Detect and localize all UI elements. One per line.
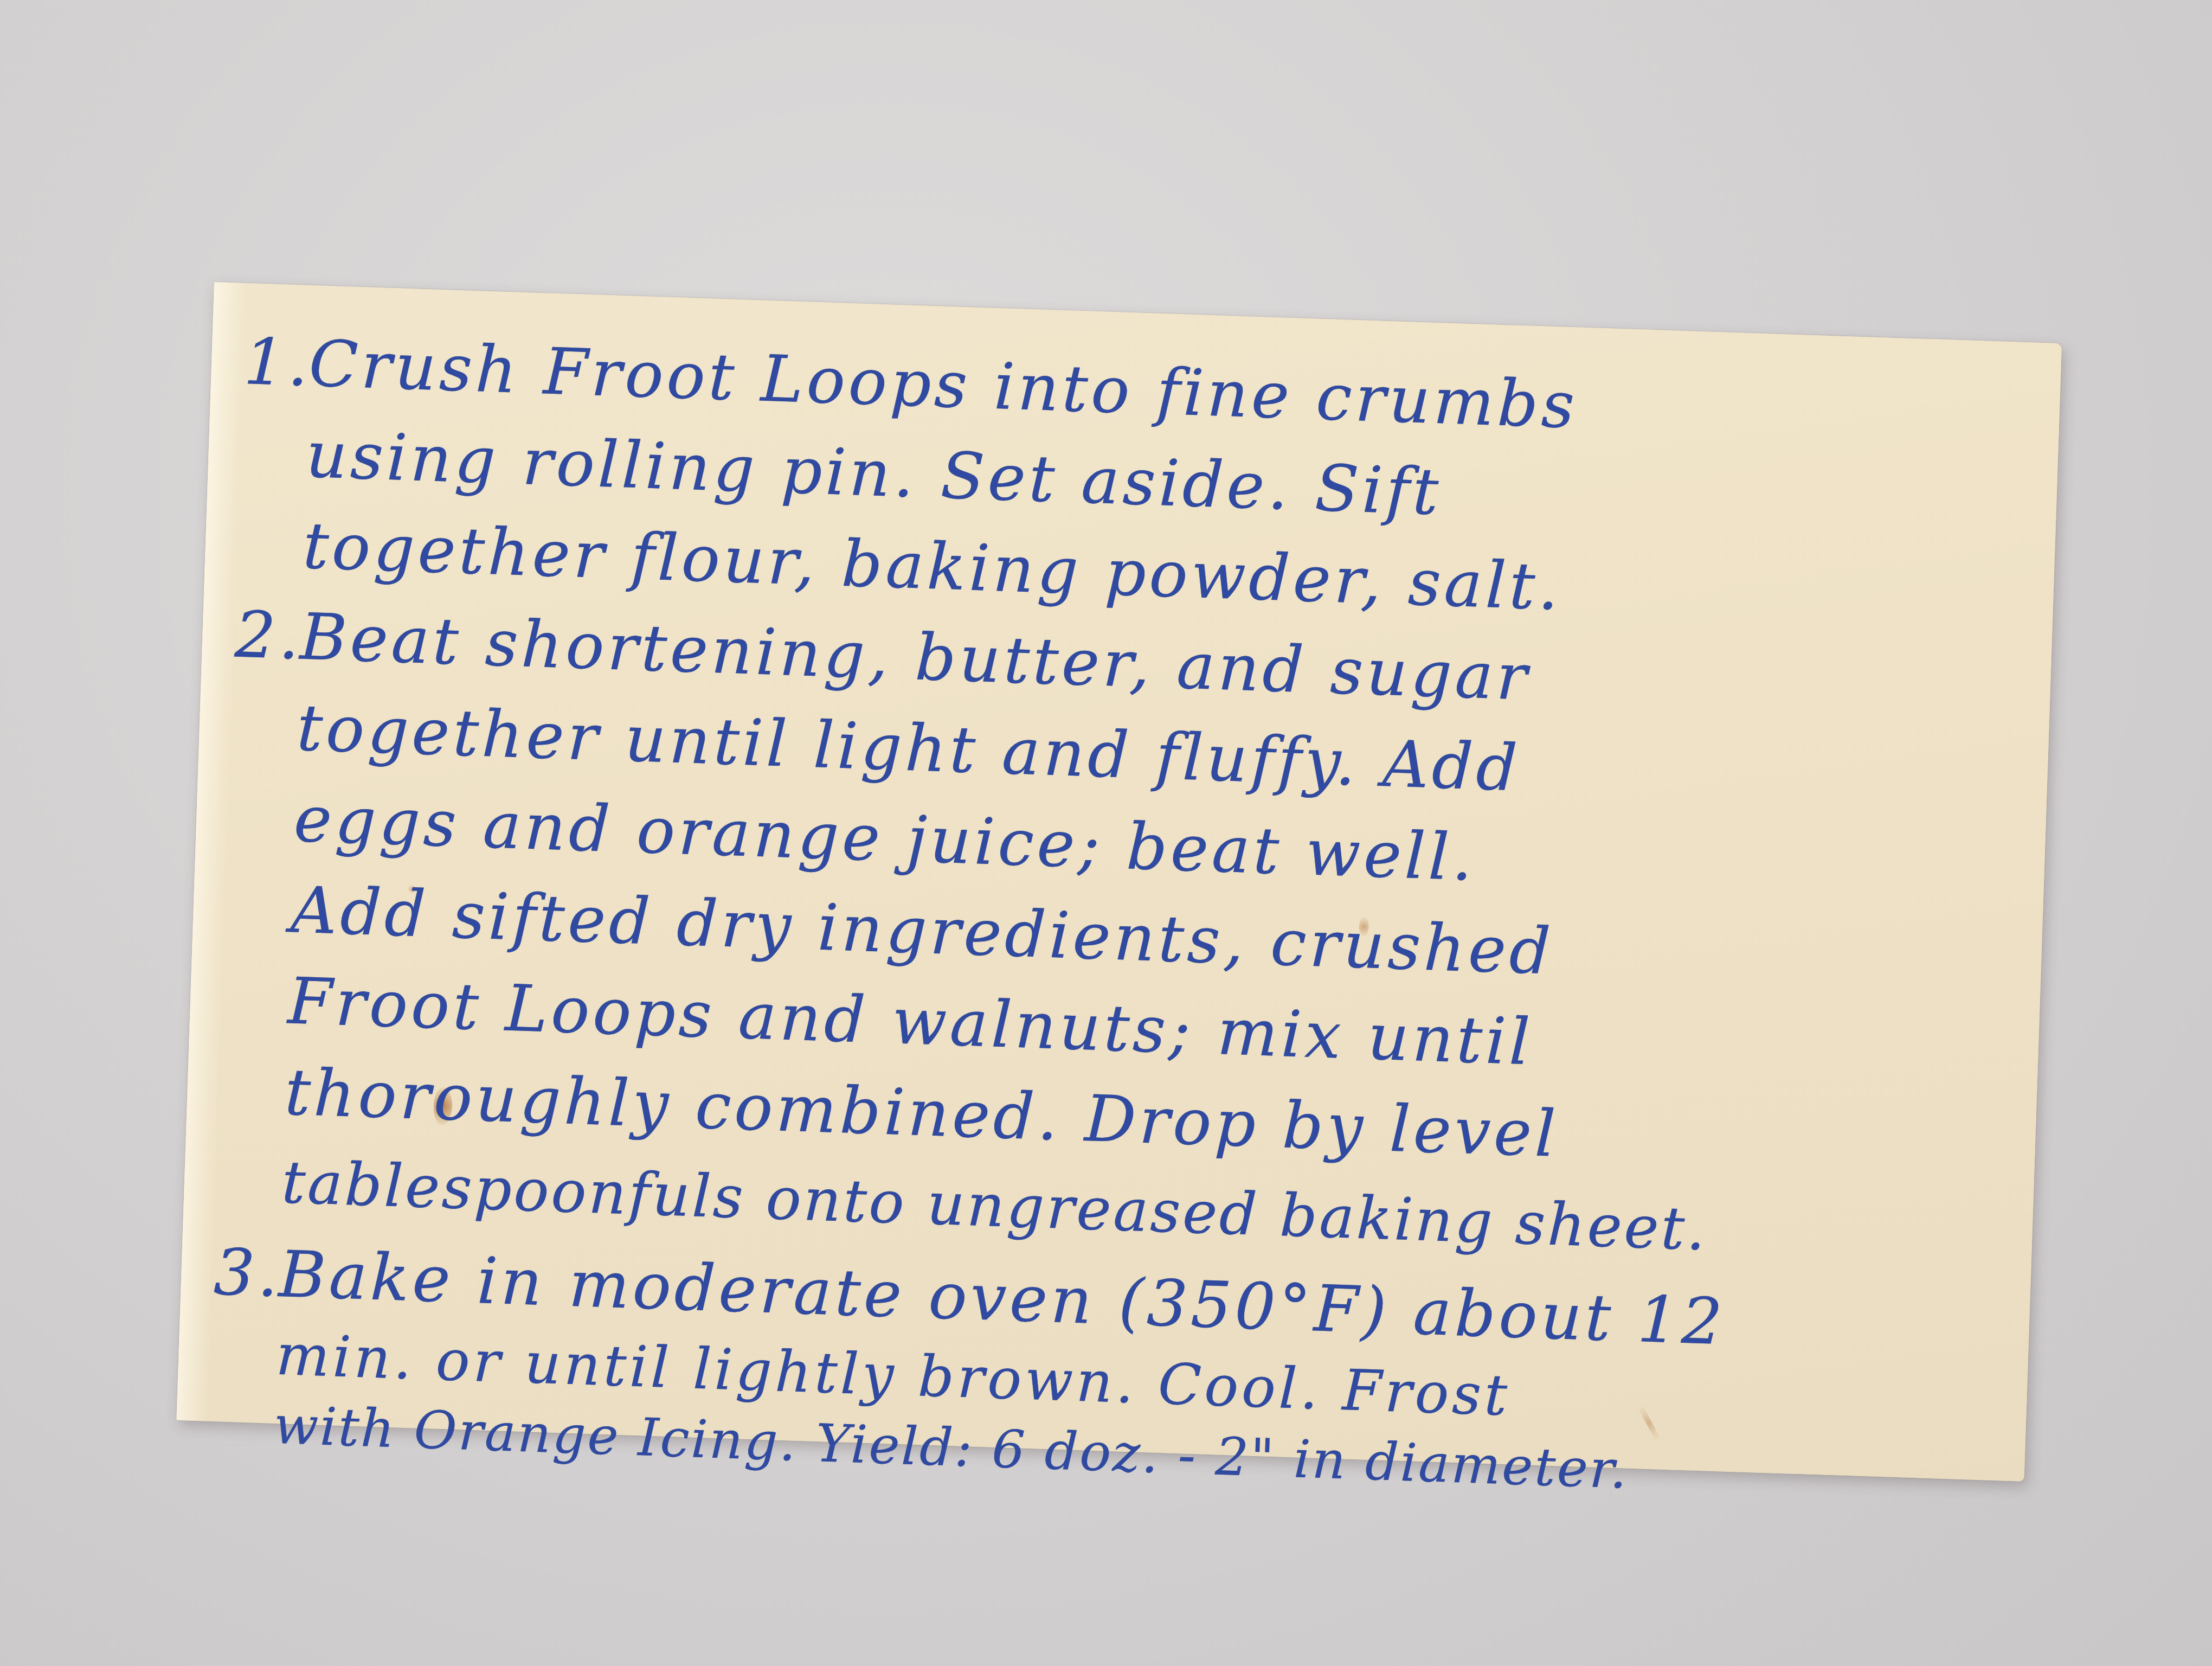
step-3-number: 3. <box>213 1226 281 1319</box>
recipe-card: 1.Crush Froot Loops into fine crumbs usi… <box>176 282 2062 1482</box>
step-2-number: 2. <box>234 589 302 682</box>
recipe-text: 1.Crush Froot Loops into fine crumbs usi… <box>208 316 2028 1517</box>
step-1-number: 1. <box>242 316 311 409</box>
